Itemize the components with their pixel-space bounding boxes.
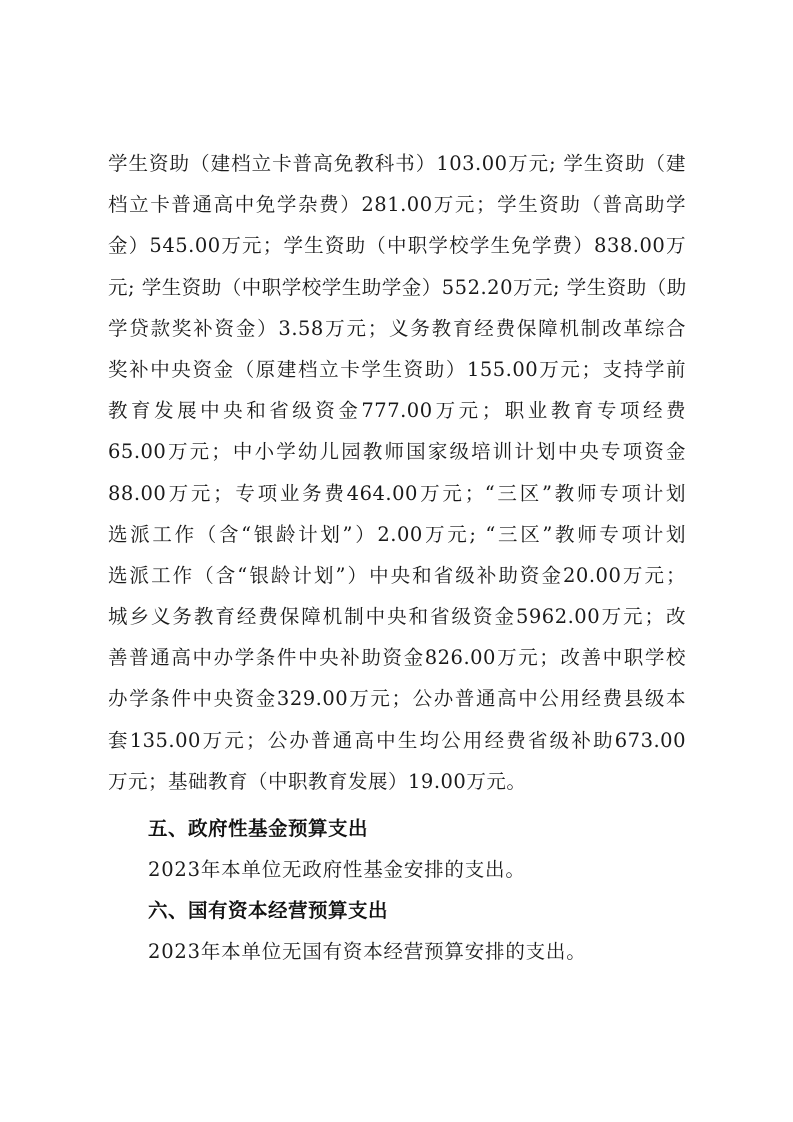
paragraph-line: 办学条件中央资金329.00万元；公办普通高中公用经费县级本 xyxy=(108,681,686,722)
section-paragraph-state-capital: 2023年本单位无国有资本经营预算安排的支出。 xyxy=(148,937,587,967)
section-paragraph-government-fund: 2023年本单位无政府性基金安排的支出。 xyxy=(148,855,526,885)
paragraph-line: 选派工作（含“银龄计划”）2.00万元; “三区”教师专项计划 xyxy=(108,517,686,558)
section-heading-state-capital: 六、国有资本经营预算支出 xyxy=(148,896,388,926)
paragraph-line: 善普通高中办学条件中央补助资金826.00万元；改善中职学校 xyxy=(108,640,686,681)
paragraph-line: 学贷款奖补资金）3.58万元；义务教育经费保障机制改革综合 xyxy=(108,311,686,352)
section-heading-government-fund: 五、政府性基金预算支出 xyxy=(148,814,368,844)
paragraph-line: 金）545.00万元；学生资助（中职学校学生免学费）838.00万 xyxy=(108,228,686,269)
paragraph-line: 城乡义务教育经费保障机制中央和省级资金5962.00万元；改 xyxy=(108,599,686,640)
paragraph-line: 奖补中央资金（原建档立卡学生资助）155.00万元；支持学前 xyxy=(108,352,686,393)
budget-detail-paragraph: 学生资助（建档立卡普高免教科书）103.00万元; 学生资助（建 档立卡普通高中… xyxy=(108,146,686,805)
paragraph-line: 教育发展中央和省级资金777.00万元；职业教育专项经费 xyxy=(108,393,686,434)
paragraph-line: 元; 学生资助（中职学校学生助学金）552.20万元; 学生资助（助 xyxy=(108,270,686,311)
paragraph-line: 65.00万元；中小学幼儿园教师国家级培训计划中央专项资金 xyxy=(108,434,686,475)
paragraph-line: 学生资助（建档立卡普高免教科书）103.00万元; 学生资助（建 xyxy=(108,146,686,187)
paragraph-line: 档立卡普通高中免学杂费）281.00万元；学生资助（普高助学 xyxy=(108,187,686,228)
paragraph-line: 88.00万元；专项业务费464.00万元；“三区”教师专项计划 xyxy=(108,476,686,517)
paragraph-line: 选派工作（含“银龄计划”）中央和省级补助资金20.00万元； xyxy=(108,558,686,599)
paragraph-line: 套135.00万元；公办普通高中生均公用经费省级补助673.00 xyxy=(108,723,686,764)
paragraph-line: 万元；基础教育（中职教育发展）19.00万元。 xyxy=(108,764,686,805)
document-page: 学生资助（建档立卡普高免教科书）103.00万元; 学生资助（建 档立卡普通高中… xyxy=(0,0,793,1122)
